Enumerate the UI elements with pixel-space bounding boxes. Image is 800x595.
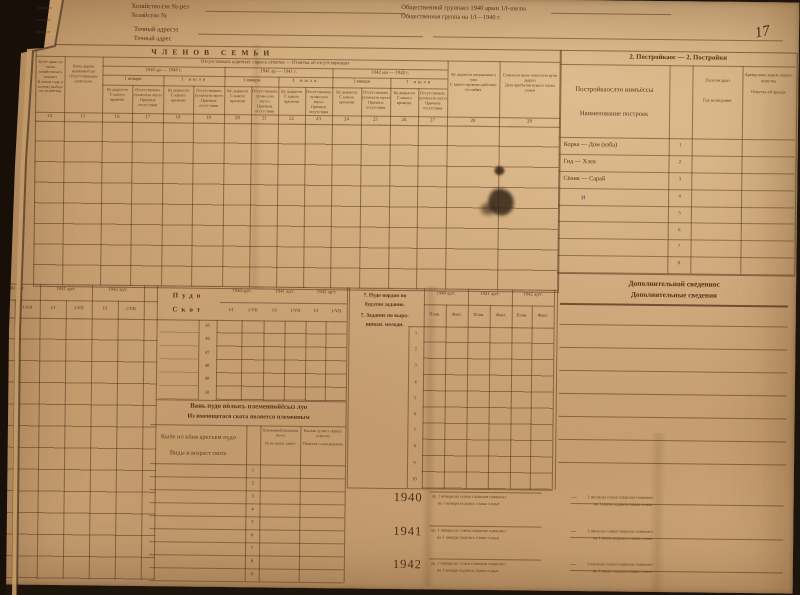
binding-edge bbox=[0, 0, 800, 595]
photo-backdrop: Хозяйстволэн №-рез Хозяйство № Точный ад… bbox=[0, 0, 800, 595]
page-edge-line bbox=[17, 0, 63, 595]
adjacent-page-sliver bbox=[12, 0, 63, 595]
